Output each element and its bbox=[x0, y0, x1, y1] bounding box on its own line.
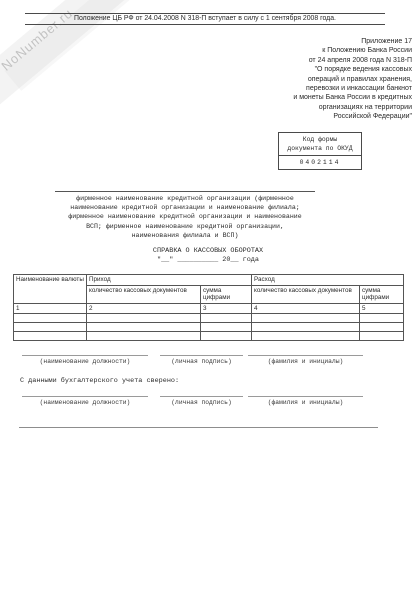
appendix-line: "О порядке ведения кассовых bbox=[182, 65, 412, 74]
table-row bbox=[14, 332, 404, 341]
appendix-line: к Положению Банка России bbox=[182, 46, 412, 55]
signature1-name-label: (фамилия и инициалы) bbox=[248, 355, 363, 365]
appendix-line: и монеты Банка России в кредитных bbox=[182, 93, 412, 102]
appendix-heading: Приложение 17 к Положению Банка России о… bbox=[182, 37, 412, 122]
header-expense-sum: сумма цифрами bbox=[360, 285, 404, 303]
appendix-line: перевозки и инкассации банкнот bbox=[182, 84, 412, 93]
header-income-sum: сумма цифрами bbox=[201, 285, 252, 303]
name-note-line: фирменное наименование кредитной организ… bbox=[55, 194, 315, 203]
signature2-name-label: (фамилия и инициалы) bbox=[248, 396, 363, 406]
okud-label: Код формы документа по ОКУД bbox=[279, 133, 361, 155]
header-income: Приход bbox=[87, 275, 252, 286]
form-title: СПРАВКА О КАССОВЫХ ОБОРОТАХ bbox=[13, 247, 403, 255]
effective-date-note: Положение ЦБ РФ от 24.04.2008 N 318-П вс… bbox=[25, 13, 385, 25]
name-note-line: ВСП; фирменное наименование кредитной ор… bbox=[55, 222, 315, 231]
table-row bbox=[14, 323, 404, 332]
header-currency: Наименование валюты bbox=[14, 275, 87, 304]
table-header-row-1: Наименование валюты Приход Расход bbox=[14, 275, 404, 286]
header-expense-doc-count: количество кассовых документов bbox=[252, 285, 360, 303]
document-page: Положение ЦБ РФ от 24.04.2008 N 318-П вс… bbox=[0, 0, 420, 600]
signature1-signature-label: (личная подпись) bbox=[160, 355, 243, 365]
signature2-signature-label: (личная подпись) bbox=[160, 396, 243, 406]
appendix-line: организациях на территории bbox=[182, 103, 412, 112]
appendix-line: от 24 апреля 2008 года N 318-П bbox=[182, 56, 412, 65]
okud-code-box: Код формы документа по ОКУД 0402114 bbox=[278, 132, 362, 170]
appendix-line: операций и правилах хранения, bbox=[182, 75, 412, 84]
form-date-line: "__" __________ 20__ года bbox=[13, 256, 403, 264]
table-row bbox=[14, 314, 404, 323]
appendix-line: Приложение 17 bbox=[182, 37, 412, 46]
bottom-divider bbox=[19, 427, 378, 428]
name-note-line: фирменное наименование кредитной организ… bbox=[55, 212, 315, 221]
name-note-line: наименования филиала и ВСП) bbox=[55, 231, 315, 240]
accounting-verify-note: С данными бухгалтерского учета сверено: bbox=[20, 377, 400, 385]
signature1-position-label: (наименование должности) bbox=[22, 355, 148, 365]
signature2-position-label: (наименование должности) bbox=[22, 396, 148, 406]
cash-turnover-table: Наименование валюты Приход Расход количе… bbox=[13, 274, 404, 341]
appendix-line: Российской Федерации" bbox=[182, 112, 412, 121]
organization-name-note: фирменное наименование кредитной организ… bbox=[55, 191, 315, 240]
okud-code-value: 0402114 bbox=[279, 155, 361, 169]
column-number-row: 1 2 3 4 5 bbox=[14, 303, 404, 314]
header-income-doc-count: количество кассовых документов bbox=[87, 285, 201, 303]
name-note-line: наименование кредитной организации и наи… bbox=[55, 203, 315, 212]
header-expense: Расход bbox=[252, 275, 404, 286]
